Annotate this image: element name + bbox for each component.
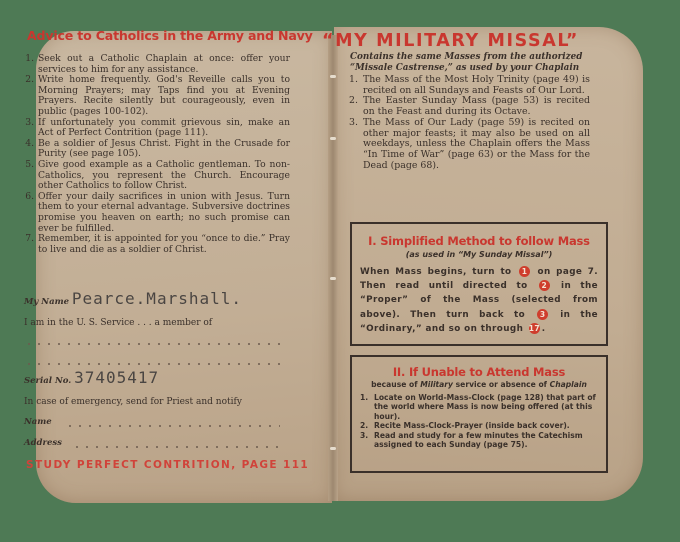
- advice-item: 2.Write home frequently. God's Reveille …: [20, 75, 290, 117]
- missal-subtitle: Contains the same Masses from the author…: [350, 52, 590, 74]
- circled-number-icon: 17: [529, 323, 540, 334]
- address-field: Address: [24, 438, 62, 448]
- emergency-label: In case of emergency, send for Priest an…: [24, 397, 242, 407]
- footer-contrition: STUDY PERFECT CONTRITION, PAGE 111: [26, 459, 309, 471]
- serial-value: 37405417: [74, 368, 159, 387]
- my-name-label: My Name: [24, 297, 69, 307]
- serial-label: Serial No.: [24, 376, 71, 386]
- circled-number-icon: 2: [539, 280, 550, 291]
- step-item: 3.Read and study for a few minutes the C…: [360, 431, 598, 450]
- advice-item: 6.Offer your daily sacrifices in union w…: [20, 192, 290, 234]
- missal-title: “MY MILITARY MISSAL”: [322, 31, 579, 51]
- section1-title: I. Simplified Method to follow Mass: [352, 234, 606, 248]
- dotted-line: [72, 446, 280, 448]
- mass-item: 2.The Easter Sunday Mass (page 53) is re…: [344, 96, 590, 117]
- service-label: I am in the U. S. Service . . . a member…: [24, 318, 212, 328]
- name-field: Name: [24, 417, 52, 427]
- name-label: Name: [24, 417, 52, 427]
- step-item: 1.Locate on World-Mass-Clock (page 128) …: [360, 393, 598, 421]
- my-name-field: My Name Pearce.Marshall.: [24, 289, 242, 308]
- advice-item: 3.If unfortunately you commit grievous s…: [20, 118, 290, 139]
- unable-to-attend-box: II. If Unable to Attend Mass because of …: [350, 355, 608, 473]
- serial-field: Serial No. 37405417: [24, 368, 159, 387]
- dotted-line: [24, 343, 282, 345]
- circled-number-icon: 1: [519, 266, 530, 277]
- staple-hole: [330, 75, 336, 78]
- masses-list: 1.The Mass of the Most Holy Trinity (pag…: [344, 75, 590, 171]
- advice-item: 7.Remember, it is appointed for you “onc…: [20, 234, 290, 255]
- advice-list: 1.Seek out a Catholic Chaplain at once: …: [20, 54, 290, 255]
- staple-hole: [330, 447, 336, 450]
- advice-title: Advice to Catholics in the Army and Navy: [27, 28, 313, 43]
- section2-title: II. If Unable to Attend Mass: [352, 365, 606, 379]
- booklet-spine: [328, 35, 338, 501]
- dotted-line: [65, 425, 280, 427]
- my-name-value: Pearce.Marshall.: [72, 289, 242, 308]
- section1-body: When Mass begins, turn to 1 on page 7. T…: [360, 265, 598, 336]
- advice-item: 4.Be a soldier of Jesus Christ. Fight in…: [20, 139, 290, 160]
- simplified-method-box: I. Simplified Method to follow Mass (as …: [350, 222, 608, 346]
- section2-subtitle: because of Military service or absence o…: [352, 380, 606, 389]
- staple-hole: [330, 277, 336, 280]
- circled-number-icon: 3: [537, 309, 548, 320]
- dotted-line: [24, 363, 282, 365]
- section2-steps: 1.Locate on World-Mass-Clock (page 128) …: [360, 393, 598, 449]
- staple-hole: [330, 137, 336, 140]
- address-label: Address: [24, 438, 62, 448]
- advice-item: 1.Seek out a Catholic Chaplain at once: …: [20, 54, 290, 75]
- advice-item: 5.Give good example as a Catholic gentle…: [20, 160, 290, 192]
- mass-item: 1.The Mass of the Most Holy Trinity (pag…: [344, 75, 590, 96]
- step-item: 2.Recite Mass-Clock-Prayer (inside back …: [360, 421, 598, 430]
- section1-subtitle: (as used in “My Sunday Missal”): [352, 250, 606, 259]
- mass-item: 3.The Mass of Our Lady (page 59) is reci…: [344, 118, 590, 172]
